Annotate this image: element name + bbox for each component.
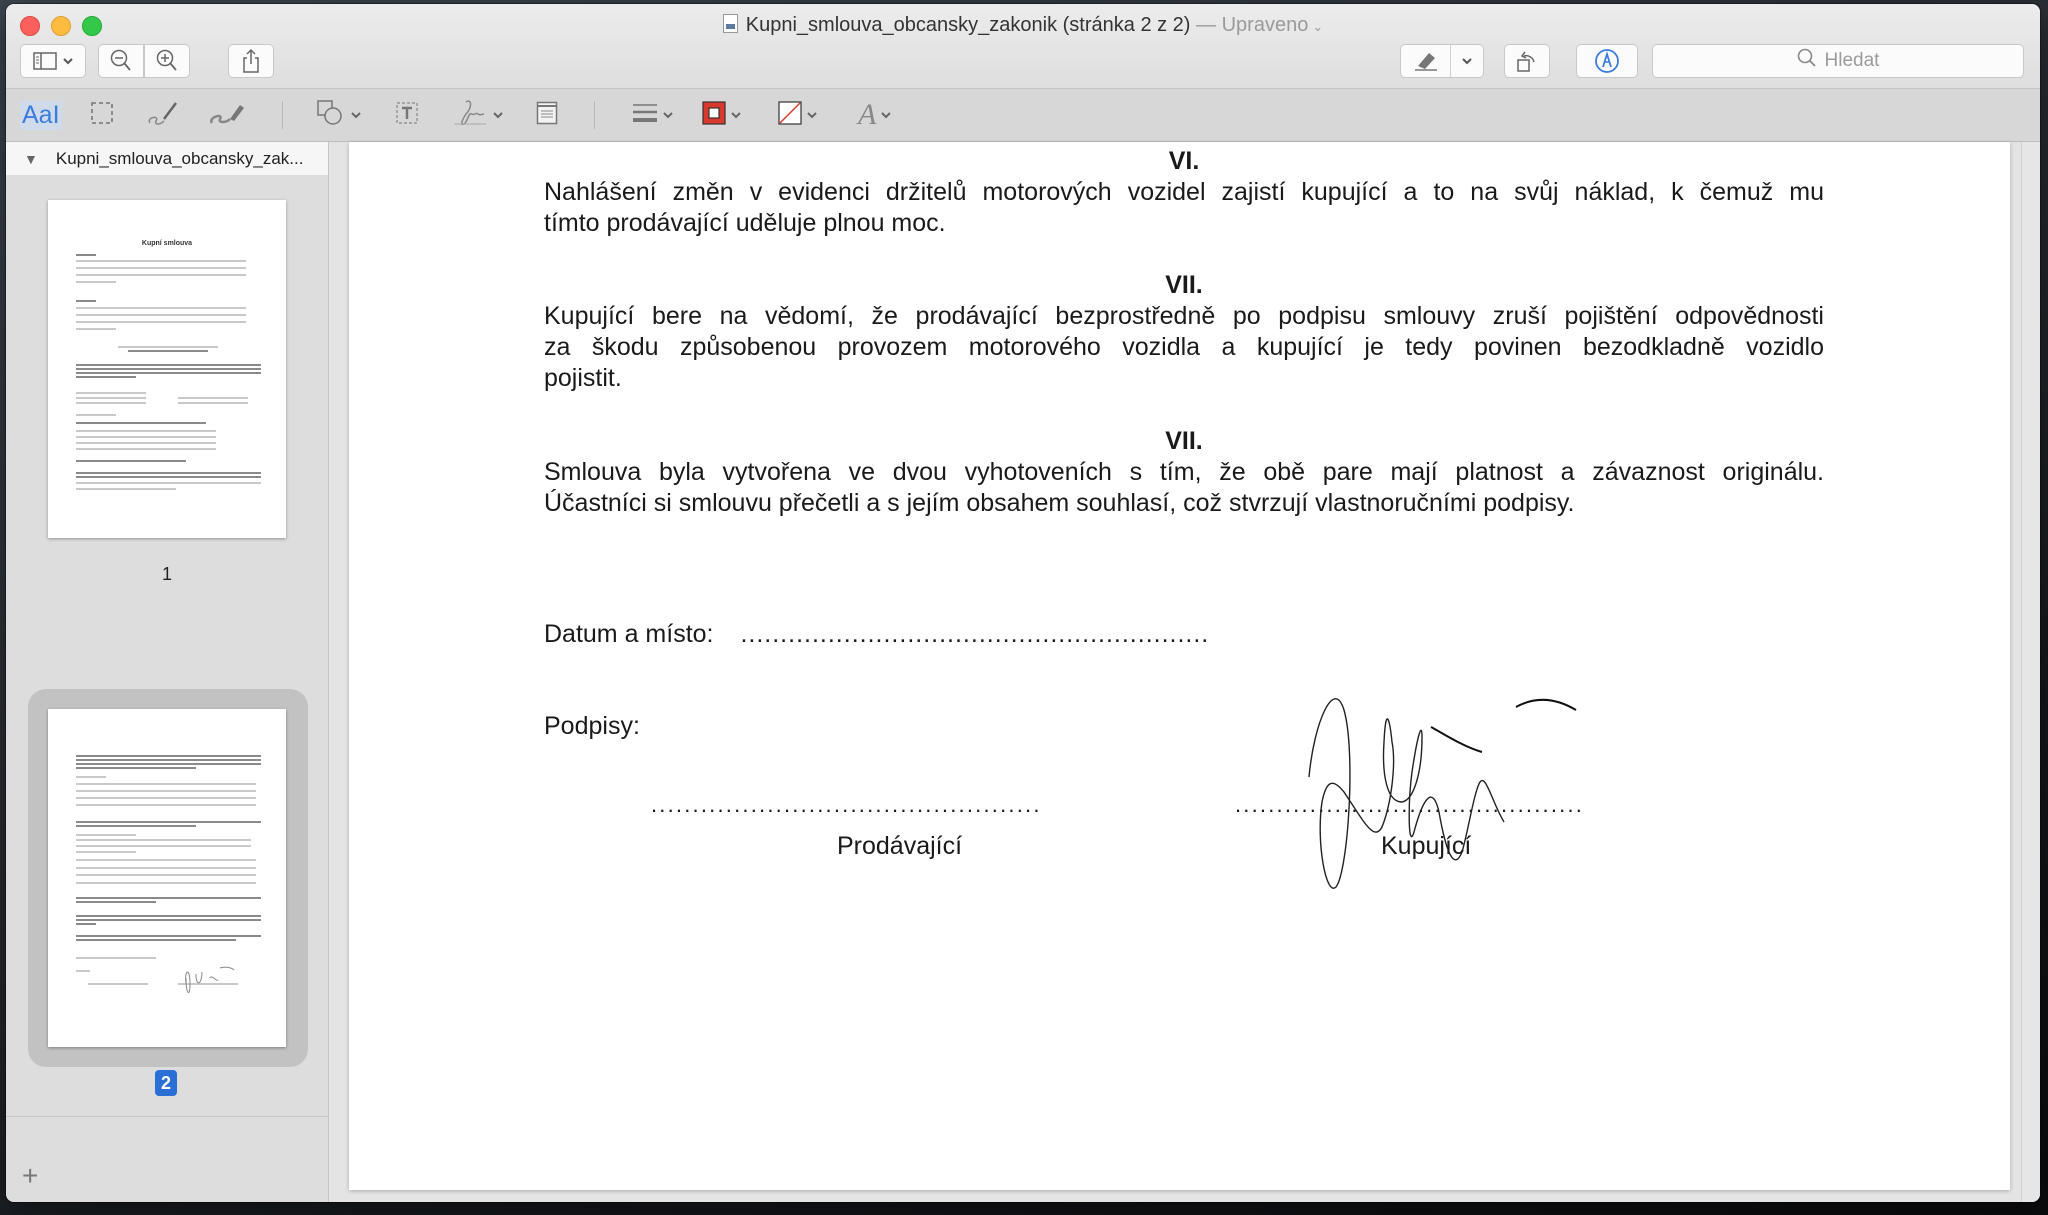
paragraph-line: Kupující bere na vědomí, že prodávající … [544,301,1824,332]
seller-label: Prodávající [837,832,962,861]
share-button[interactable] [228,44,274,78]
document-title: Kupni_smlouva_obcansky_zakonik (stránka … [746,14,1191,36]
paragraph-line: Smlouva byla vytvořena ve dvou vyhotoven… [544,457,1824,488]
thumbnail-sidebar: ▼ Kupni_smlouva_obcansky_zak... Kupní sm… [6,142,329,1202]
preview-window: Kupni_smlouva_obcansky_zakonik (stránka … [6,4,2040,1202]
text-style-icon: A [858,98,876,132]
edited-status[interactable]: Upraveno [1222,14,1309,36]
add-page-button[interactable]: + [22,1162,38,1190]
rotate-button[interactable] [1504,44,1550,78]
vertical-scrollbar[interactable] [2021,142,2040,1202]
date-place-row: Datum a místo: .........................… [544,620,1209,649]
page-thumbnail-1[interactable]: Kupní smlouva [48,200,286,538]
section-heading: VII. [544,426,1824,457]
page-thumbnail-2[interactable] [48,709,286,1047]
highlight-button[interactable] [1400,44,1484,78]
window-title: Kupni_smlouva_obcansky_zakonik (stránka … [6,12,2040,40]
plus-icon: + [22,1160,38,1191]
shapes-tool[interactable] [316,99,361,131]
note-tool[interactable] [536,99,558,131]
note-icon [536,101,558,130]
chevron-down-icon [493,106,503,124]
document-page[interactable]: VI. Nahlášení změn v evidenci držitelů m… [349,142,2010,1190]
sidebar-document-header[interactable]: ▼ Kupni_smlouva_obcansky_zak... [6,142,328,175]
chevron-down-icon [663,106,673,124]
document-icon [723,14,738,33]
search-placeholder: Hledat [1825,50,1880,72]
draw-icon [208,99,246,132]
disclosure-triangle-icon[interactable]: ▼ [24,151,38,167]
sidebar-toggle-icon [33,52,57,70]
page-number-1: 1 [6,564,328,585]
line-style-tool[interactable] [632,99,673,131]
zoom-in-button[interactable] [144,44,190,78]
chevron-down-icon [63,58,73,65]
title-separator: — [1196,14,1216,36]
sketch-icon [146,99,180,132]
section-viii: VII. Smlouva byla vytvořena ve dvou vyho… [544,426,1824,519]
thumbnail-title: Kupní smlouva [48,240,286,247]
zoom-out-button[interactable] [98,44,144,78]
signature-icon [452,98,488,133]
sidebar-toggle-button[interactable] [20,44,86,78]
text-box-icon [394,100,420,131]
search-icon [1797,48,1825,74]
chevron-down-icon [881,106,891,124]
search-field[interactable]: Hledat [1652,44,2024,78]
markup-icon [1594,48,1620,74]
text-selection-icon: AaI [20,101,62,130]
highlight-icon [1401,45,1451,77]
text-selection-tool[interactable]: AaI [20,99,62,131]
paragraph-line: Účastníci si smlouvu přečetli a s jejím … [544,488,1824,519]
thumbnail-signature [178,964,238,998]
chevron-down-icon[interactable]: ⌄ [1312,19,1323,34]
section-vi: VI. Nahlášení změn v evidenci držitelů m… [544,146,1824,239]
rotate-icon [1515,48,1539,74]
section-heading: VII. [544,270,1824,301]
border-color-icon [702,101,726,130]
fill-color-tool[interactable] [778,99,817,131]
chevron-down-icon [351,106,361,124]
signatures-label: Podpisy: [544,712,640,741]
section-vii: VII. Kupující bere na vědomí, že prodáva… [544,270,1824,394]
buyer-handwritten-signature[interactable] [1304,682,1644,932]
shapes-icon [316,99,346,132]
signature-tool[interactable] [452,99,503,131]
rectangular-selection-icon [90,101,114,130]
date-place-label: Datum a místo: [544,620,714,648]
text-box-tool[interactable] [394,99,420,131]
date-place-field[interactable]: ........................................… [740,620,1209,648]
toolbar-separator [282,101,283,129]
zoom-in-icon [156,49,178,73]
chevron-down-icon [731,106,741,124]
toolbar-separator [594,101,595,129]
border-color-tool[interactable] [702,99,741,131]
zoom-out-icon [110,49,132,73]
chevron-down-icon[interactable] [1451,58,1483,65]
seller-signature-line[interactable]: ........................................… [651,792,1042,818]
markup-toolbar: AaI [6,89,2040,142]
fill-color-icon [778,101,802,130]
page-number-2-selected: 2 [155,1070,177,1096]
sketch-tool[interactable] [146,99,180,131]
line-style-icon [632,102,658,129]
paragraph-line: za škodu způsobenou provozem motorového … [544,332,1824,363]
paragraph-line: tímto prodávající uděluje plnou moc. [544,208,1824,239]
text-style-tool[interactable]: A [858,99,891,131]
sidebar-document-name: Kupni_smlouva_obcansky_zak... [56,149,304,169]
chevron-down-icon [807,106,817,124]
paragraph-line: Nahlášení změn v evidenci držitelů motor… [544,177,1824,208]
draw-tool[interactable] [208,99,246,131]
markup-toolbar-button[interactable] [1576,44,1638,78]
paragraph-line: pojistit. [544,363,1824,394]
section-heading: VI. [544,146,1824,177]
rectangular-selection-tool[interactable] [90,99,114,131]
document-view[interactable]: VI. Nahlášení změn v evidenci držitelů m… [329,142,2040,1202]
title-bar: Kupni_smlouva_obcansky_zakonik (stránka … [6,4,2040,89]
sidebar-divider [6,1116,328,1117]
share-icon [241,48,261,74]
